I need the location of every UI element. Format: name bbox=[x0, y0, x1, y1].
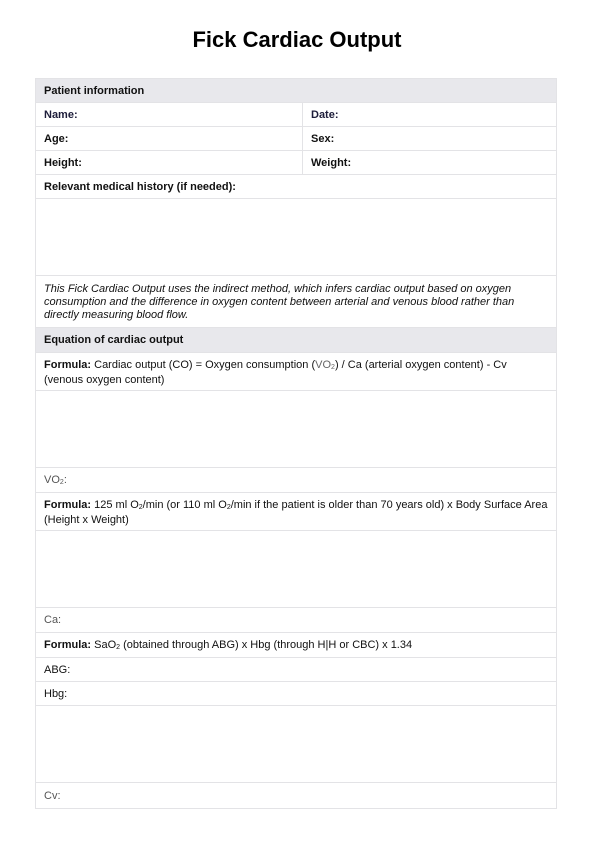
formula-label: Formula: bbox=[44, 639, 91, 651]
formula-text: Cardiac output (CO) = Oxygen consumption… bbox=[91, 359, 315, 371]
formula-label: Formula: bbox=[44, 499, 91, 511]
name-field[interactable]: Name: bbox=[36, 103, 303, 126]
sex-field[interactable]: Sex: bbox=[303, 127, 342, 150]
formula-label: Formula: bbox=[44, 359, 91, 371]
vo2-answer-field[interactable] bbox=[36, 531, 556, 608]
co-answer-field[interactable] bbox=[36, 391, 556, 468]
age-field[interactable]: Age: bbox=[36, 127, 303, 150]
ca-field[interactable]: Ca: bbox=[36, 608, 556, 633]
vo2-formula: Formula: 125 ml O2/min (or 110 ml O2/min… bbox=[36, 493, 556, 531]
formula-text: /min (or 110 ml O bbox=[143, 499, 227, 511]
page-title: Fick Cardiac Output bbox=[0, 27, 594, 53]
formula-text: (obtained through ABG) x Hbg (through H|… bbox=[120, 639, 412, 651]
vo2-colon: : bbox=[64, 474, 67, 486]
patient-info-header: Patient information bbox=[36, 79, 556, 103]
hbg-field[interactable]: Hbg: bbox=[36, 682, 556, 706]
description-text: This Fick Cardiac Output uses the indire… bbox=[36, 276, 556, 328]
fick-form: Patient information Name: Date: Age: Sex… bbox=[35, 78, 557, 809]
vo2-label: VO bbox=[44, 474, 60, 486]
formula-text: SaO bbox=[91, 639, 116, 651]
cv-field[interactable]: Cv: bbox=[36, 783, 556, 808]
medical-history-label: Relevant medical history (if needed): bbox=[36, 175, 556, 199]
height-weight-row: Height: Weight: bbox=[36, 151, 556, 175]
co-formula: Formula: Cardiac output (CO) = Oxygen co… bbox=[36, 353, 556, 391]
medical-history-field[interactable] bbox=[36, 199, 556, 276]
abg-field[interactable]: ABG: bbox=[36, 658, 556, 682]
vo2-field[interactable]: VO2: bbox=[36, 468, 556, 493]
date-field[interactable]: Date: bbox=[303, 103, 347, 126]
ca-answer-field[interactable] bbox=[36, 706, 556, 783]
height-field[interactable]: Height: bbox=[36, 151, 303, 174]
ca-formula: Formula: SaO2 (obtained through ABG) x H… bbox=[36, 633, 556, 658]
equation-header: Equation of cardiac output bbox=[36, 328, 556, 353]
weight-field[interactable]: Weight: bbox=[303, 151, 359, 174]
age-sex-row: Age: Sex: bbox=[36, 127, 556, 151]
formula-text: 125 ml O bbox=[91, 499, 139, 511]
formula-vo: VO bbox=[315, 359, 331, 371]
name-date-row: Name: Date: bbox=[36, 103, 556, 127]
